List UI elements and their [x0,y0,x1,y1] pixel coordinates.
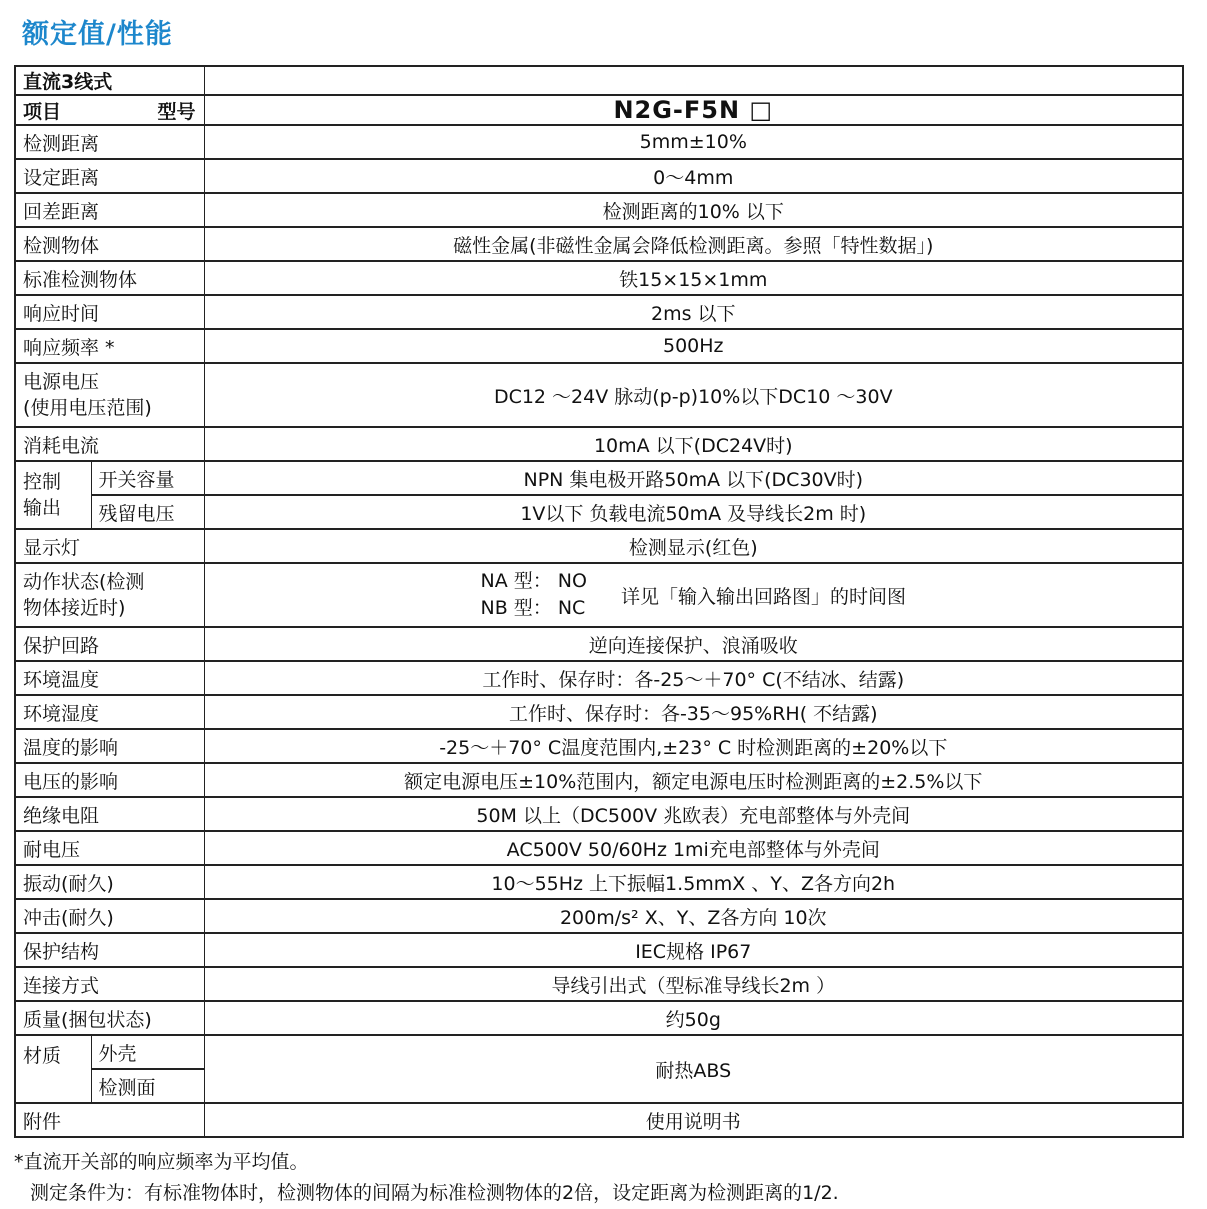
ambient-humidity-label: 环境湿度 [15,695,204,729]
table-row: 环境湿度 工作时、保存时：各-35～95%RH( 不结露) [15,695,1183,729]
material-value: 耐热ABS [204,1035,1183,1103]
item-model-header: 项目 型号 [15,95,204,125]
material-case-label: 外壳 [91,1035,204,1069]
operation-status-value: NA 型： NO NB 型： NC 详见「输入输出回路图」的时间图 [204,563,1183,627]
setting-distance-label: 设定距离 [15,159,204,193]
response-frequency-value: 500Hz [204,329,1183,363]
sensing-distance-label: 检测距离 [15,125,204,159]
accessories-label: 附件 [15,1103,204,1137]
table-row: 冲击(耐久) 200m/s² X、Y、Z各方向 10次 [15,899,1183,933]
hysteresis-distance-value: 检测距离的10% 以下 [204,193,1183,227]
insulation-resistance-value: 50M 以上（DC500V 兆欧表）充电部整体与外壳间 [204,797,1183,831]
operation-status-note: 详见「输入输出回路图」的时间图 [621,582,906,609]
sensing-object-label: 检测物体 [15,227,204,261]
footnote-response-frequency: *直流开关部的响应频率为平均值。 [14,1147,1207,1178]
table-row: 回差距离 检测距离的10% 以下 [15,193,1183,227]
table-row: 材质 外壳 耐热ABS [15,1035,1183,1069]
connection-method-value: 导线引出式（型标准导线长2m ） [204,967,1183,1001]
table-row: 环境温度 工作时、保存时：各-25～＋70° C(不结冰、结露) [15,661,1183,695]
connection-method-label: 连接方式 [15,967,204,1001]
footnote-measurement-conditions: 测定条件为：有标准物体时，检测物体的间隔为标准检测物体的2倍，设定距离为检测距离… [14,1178,1207,1209]
vibration-value: 10～55Hz 上下振幅1.5mmX 、Y、Z各方向2h [204,865,1183,899]
operation-status-label-line2: 物体接近时) [23,595,204,621]
operation-status-type-nb: NB 型： NC [481,595,587,622]
voltage-influence-value: 额定电源电压±10%范围内，额定电源电压时检测距离的±2.5%以下 [204,763,1183,797]
ambient-temperature-value: 工作时、保存时：各-25～＋70° C(不结冰、结露) [204,661,1183,695]
table-row: 直流3线式 [15,66,1183,95]
control-output-line2: 输出 [23,495,91,521]
footnotes: *直流开关部的响应频率为平均值。 测定条件为：有标准物体时，检测物体的间隔为标准… [14,1147,1207,1209]
spec-page: 额定值/性能 直流3线式 项目 型号 N2G-F5N □ 检测距离 5mm±10… [0,0,1207,1209]
table-row: 耐电压 AC500V 50/60Hz 1mi充电部整体与外壳间 [15,831,1183,865]
supply-voltage-label-line1: 电源电压 [23,369,204,395]
sensing-distance-value: 5mm±10% [204,125,1183,159]
model-value: N2G-F5N □ [204,95,1183,125]
table-row: 电压的影响 额定电源电压±10%范围内，额定电源电压时检测距离的±2.5%以下 [15,763,1183,797]
weight-label: 质量(捆包状态) [15,1001,204,1035]
residual-voltage-value: 1V以下 负载电流50mA 及导线长2m 时) [204,495,1183,529]
table-row: 显示灯 检测显示(红色) [15,529,1183,563]
insulation-resistance-label: 绝缘电阻 [15,797,204,831]
table-row: 响应频率 * 500Hz [15,329,1183,363]
table-row: 残留电压 1V以下 负载电流50mA 及导线长2m 时) [15,495,1183,529]
table-row: 控制 输出 开关容量 NPN 集电极开路50mA 以下(DC30V时) [15,461,1183,495]
table-row: 连接方式 导线引出式（型标准导线长2m ） [15,967,1183,1001]
temperature-influence-value: -25～＋70° C温度范围内,±23° C 时检测距离的±20%以下 [204,729,1183,763]
switching-capacity-value: NPN 集电极开路50mA 以下(DC30V时) [204,461,1183,495]
table-row: 检测物体 磁性金属(非磁性金属会降低检测距离。参照「特性数据」) [15,227,1183,261]
operation-status-label: 动作状态(检测 物体接近时) [15,563,204,627]
model-header-label: 型号 [158,97,196,124]
control-output-line1: 控制 [23,469,91,495]
table-row: 温度的影响 -25～＋70° C温度范围内,±23° C 时检测距离的±20%以… [15,729,1183,763]
operation-status-types: NA 型： NO NB 型： NC [481,568,587,622]
item-header-label: 项目 [23,97,61,124]
current-consumption-value: 10mA 以下(DC24V时) [204,427,1183,461]
table-row: 检测距离 5mm±10% [15,125,1183,159]
shock-label: 冲击(耐久) [15,899,204,933]
table-row: 保护结构 IEC规格 IP67 [15,933,1183,967]
group-header-label: 直流3线式 [15,66,204,95]
standard-sensing-object-label: 标准检测物体 [15,261,204,295]
ambient-temperature-label: 环境温度 [15,661,204,695]
operation-status-label-line1: 动作状态(检测 [23,569,204,595]
indicator-lamp-value: 检测显示(红色) [204,529,1183,563]
table-row: 振动(耐久) 10～55Hz 上下振幅1.5mmX 、Y、Z各方向2h [15,865,1183,899]
control-output-group-label: 控制 输出 [15,461,91,529]
table-row: 绝缘电阻 50M 以上（DC500V 兆欧表）充电部整体与外壳间 [15,797,1183,831]
dielectric-strength-value: AC500V 50/60Hz 1mi充电部整体与外壳间 [204,831,1183,865]
voltage-influence-label: 电压的影响 [15,763,204,797]
material-sensing-face-label: 检测面 [91,1069,204,1103]
material-group-label: 材质 [15,1035,91,1103]
table-row: 设定距离 0～4mm [15,159,1183,193]
table-row: 质量(捆包状态) 约50g [15,1001,1183,1035]
table-row: 响应时间 2ms 以下 [15,295,1183,329]
supply-voltage-value: DC12 ～24V 脉动(p-p)10%以下DC10 ～30V [204,363,1183,427]
operation-status-type-na: NA 型： NO [481,568,587,595]
table-row: 保护回路 逆向连接保护、浪涌吸收 [15,627,1183,661]
protection-structure-label: 保护结构 [15,933,204,967]
protection-structure-value: IEC规格 IP67 [204,933,1183,967]
sensing-object-value: 磁性金属(非磁性金属会降低检测距离。参照「特性数据」) [204,227,1183,261]
temperature-influence-label: 温度的影响 [15,729,204,763]
accessories-value: 使用说明书 [204,1103,1183,1137]
supply-voltage-label: 电源电压 (使用电压范围) [15,363,204,427]
table-row: 消耗电流 10mA 以下(DC24V时) [15,427,1183,461]
page-title: 额定值/性能 [22,12,1207,51]
protection-circuit-value: 逆向连接保护、浪涌吸收 [204,627,1183,661]
spec-table: 直流3线式 项目 型号 N2G-F5N □ 检测距离 5mm±10% 设定距离 … [14,65,1184,1138]
hysteresis-distance-label: 回差距离 [15,193,204,227]
table-row: 电源电压 (使用电压范围) DC12 ～24V 脉动(p-p)10%以下DC10… [15,363,1183,427]
group-header-value [204,66,1183,95]
supply-voltage-label-line2: (使用电压范围) [23,395,204,421]
setting-distance-value: 0～4mm [204,159,1183,193]
vibration-label: 振动(耐久) [15,865,204,899]
response-frequency-label: 响应频率 * [15,329,204,363]
weight-value: 约50g [204,1001,1183,1035]
switching-capacity-label: 开关容量 [91,461,204,495]
table-row: 动作状态(检测 物体接近时) NA 型： NO NB 型： NC 详见「输入输出… [15,563,1183,627]
table-row: 标准检测物体 铁15×15×1mm [15,261,1183,295]
response-time-label: 响应时间 [15,295,204,329]
current-consumption-label: 消耗电流 [15,427,204,461]
ambient-humidity-value: 工作时、保存时：各-35～95%RH( 不结露) [204,695,1183,729]
table-row: 附件 使用说明书 [15,1103,1183,1137]
table-row: 项目 型号 N2G-F5N □ [15,95,1183,125]
shock-value: 200m/s² X、Y、Z各方向 10次 [204,899,1183,933]
standard-sensing-object-value: 铁15×15×1mm [204,261,1183,295]
indicator-lamp-label: 显示灯 [15,529,204,563]
response-time-value: 2ms 以下 [204,295,1183,329]
protection-circuit-label: 保护回路 [15,627,204,661]
residual-voltage-label: 残留电压 [91,495,204,529]
dielectric-strength-label: 耐电压 [15,831,204,865]
